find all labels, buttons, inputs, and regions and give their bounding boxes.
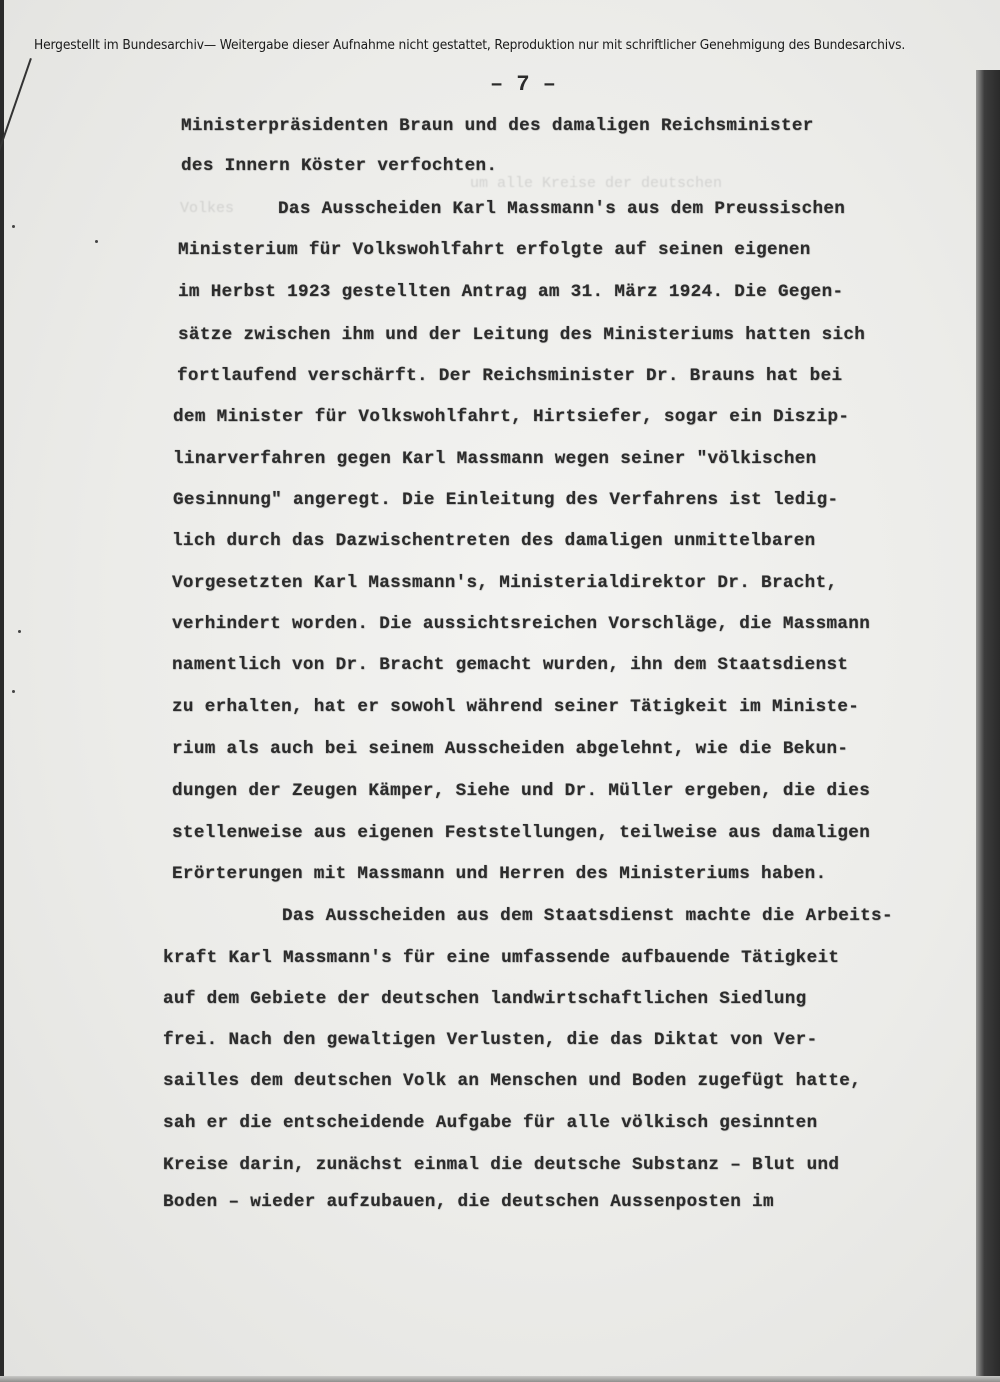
text-line: auf dem Gebiete der deutschen landwirtsc… [163,989,807,1009]
text-line: Vorgesetzten Karl Massmann's, Ministeria… [172,573,837,593]
text-line: Ministerpräsidenten Braun und des damali… [181,116,814,136]
text-line: frei. Nach den gewaltigen Verlusten, die… [163,1030,817,1050]
text-line: stellenweise aus eigenen Feststellungen,… [172,823,870,843]
text-line: fortlaufend verschärft. Der Reichsminist… [177,366,842,386]
text-line: Erörterungen mit Massmann und Herren des… [172,864,826,884]
text-line: lich durch das Dazwischentreten des dama… [172,531,816,551]
text-line: im Herbst 1923 gestellten Antrag am 31. … [178,282,843,302]
text-line: Boden – wieder aufzubauen, die deutschen… [163,1192,774,1212]
text-line: sailles dem deutschen Volk an Menschen u… [163,1071,861,1091]
text-line: namentlich von Dr. Bracht gemacht wurden… [172,655,848,675]
text-line: Gesinnung" angeregt. Die Einleitung des … [173,490,838,510]
text-line: des Innern Köster verfochten. [181,156,497,176]
text-line: verhindert worden. Die aussichtsreichen … [172,614,870,634]
scanned-document-page: Hergestellt im Bundesarchiv— Weitergabe … [0,0,1000,1382]
document-body: Ministerpräsidenten Braun und des damali… [0,0,1000,1382]
text-line: kraft Karl Massmann's für eine umfassend… [163,948,839,968]
text-line: sätze zwischen ihm und der Leitung des M… [178,325,865,345]
text-line: linarverfahren gegen Karl Massmann wegen… [173,449,817,469]
paragraph-start-line: Das Ausscheiden Karl Massmann's aus dem … [278,199,845,219]
text-line: rium als auch bei seinem Ausscheiden abg… [172,739,848,759]
paragraph-start-line: Das Ausscheiden aus dem Staatsdienst mac… [282,906,893,926]
text-line: zu erhalten, hat er sowohl während seine… [172,697,859,717]
text-line: sah er die entscheidende Aufgabe für all… [163,1113,817,1133]
text-line: Kreise darin, zunächst einmal die deutsc… [163,1155,839,1175]
text-line: dungen der Zeugen Kämper, Siehe und Dr. … [172,781,870,801]
text-line: Ministerium für Volkswohlfahrt erfolgte … [178,240,811,260]
text-line: dem Minister für Volkswohlfahrt, Hirtsie… [173,407,849,427]
